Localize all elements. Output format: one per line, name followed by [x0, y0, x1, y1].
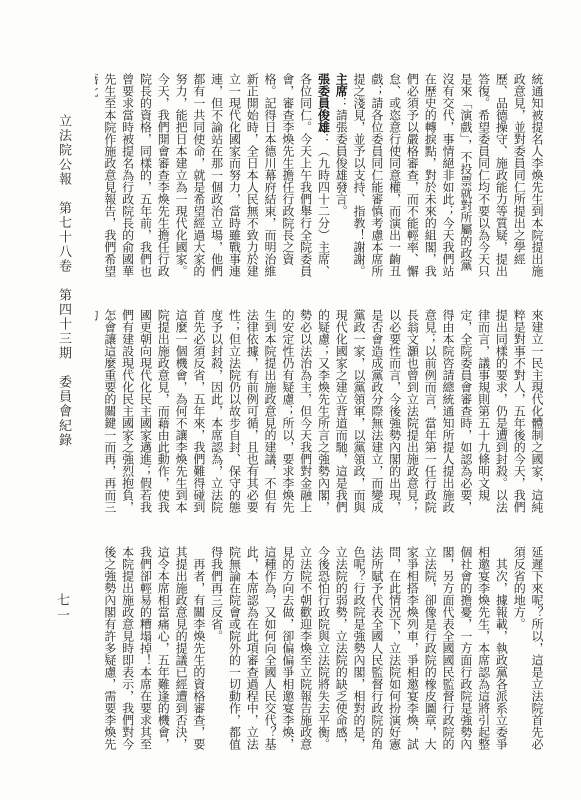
journal-header: 立法院公報 第七十八卷 第四十三期 委員會紀錄 [54, 114, 73, 459]
gazette-page: 立法院公報 第七十八卷 第四十三期 委員會紀錄 七一 統通知被提名人李煥先生到本… [0, 0, 581, 800]
paragraph-segment: 其次，據報載，執政黨各派系立委爭相邀宴李煥先生，本席認為這將引起整個社會的擔憂，… [207, 546, 510, 750]
paragraph-segment: 主席：請張委員俊雄發言。 [331, 73, 349, 277]
paragraph-segment: 延遲下來呢？所以，這是立法院首先必須反省的地方。 [509, 546, 545, 750]
speaker-name: 張委員俊雄 [316, 73, 330, 133]
paragraph-segment: 來建立一民主現代化體制之國家，這純粹是對事不對人，五年後的今天，我們提出同樣的要… [95, 309, 545, 513]
text-band-middle: 來建立一民主現代化體制之國家，這純粹是對事不對人，五年後的今天，我們提出同樣的要… [95, 309, 545, 513]
text-band-lower: 延遲下來呢？所以，這是立法院首先必須反省的地方。其次，據報載，執政黨各派系立委爭… [95, 546, 545, 750]
paragraph-segment: 張委員俊雄：（九時四十二分）主席、各位同仁。今天上午我們舉行全院委員會，審查李煥… [95, 73, 331, 277]
page-number: 七一 [52, 593, 71, 623]
paragraph-segment: 統通知被提名人李煥先生到本院提出施政意見，並對委員同仁所提出之學經歷、品德操守、… [349, 73, 545, 277]
speaker-name: 主席 [334, 73, 348, 97]
paragraph-segment: 再者，有關李煥先生的資格審查，要其提出施政意見的提議已經遭到否決，這令本席相當痛… [100, 546, 207, 750]
text-band-upper: 統通知被提名人李煥先生到本院提出施政意見，並對委員同仁所提出之學經歷、品德操守、… [95, 73, 545, 277]
